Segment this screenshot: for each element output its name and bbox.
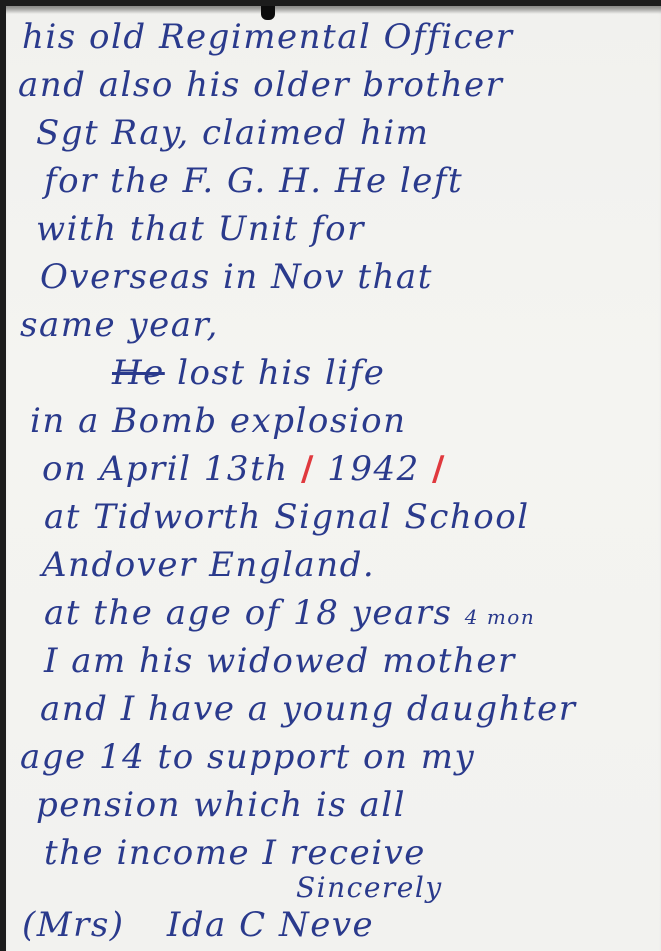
- letter-line-3: Sgt Ray, claimed him: [36, 116, 430, 150]
- signature-name: Ida C Neve: [167, 905, 374, 945]
- letter-line-2: and also his older brother: [18, 68, 503, 102]
- letter-line-daughter: and I have a young daughter: [40, 692, 577, 726]
- signature-line: (Mrs) Ida C Neve: [22, 908, 374, 942]
- letter-line-widowed: I am his widowed mother: [44, 644, 516, 678]
- red-check-mark-2: /: [432, 449, 446, 489]
- page-top-shadow: [6, 6, 661, 14]
- struck-word: He: [112, 353, 165, 393]
- letter-line-income: the income I receive: [44, 836, 426, 870]
- lost-life-text: lost his life: [177, 353, 385, 393]
- closing-sincerely: Sincerely: [296, 874, 443, 902]
- letter-line-age: at the age of 18 years 4 mon: [44, 596, 535, 630]
- letter-line-bomb: in a Bomb explosion: [30, 404, 407, 438]
- letter-line-support: age 14 to support on my: [20, 740, 475, 774]
- letter-line-school: at Tidworth Signal School: [44, 500, 530, 534]
- letter-line-pension: pension which is all: [36, 788, 406, 822]
- letter-line-1: his old Regimental Officer: [22, 20, 514, 54]
- age-months: 4 mon: [465, 605, 535, 629]
- date-year: 1942: [327, 449, 420, 489]
- letter-line-5: with that Unit for: [36, 212, 365, 246]
- letter-line-7: same year,: [20, 308, 219, 342]
- letter-line-date: on April 13th / 1942 /: [42, 452, 446, 486]
- date-prefix: on April 13th: [42, 449, 289, 489]
- letter-page: his old Regimental Officer and also his …: [6, 6, 661, 951]
- letter-line-andover: Andover England.: [42, 548, 375, 582]
- red-check-mark: /: [301, 449, 315, 489]
- letter-line-4: for the F. G. H. He left: [44, 164, 463, 198]
- age-text: at the age of 18 years: [44, 593, 452, 633]
- letter-line-lost-life: He lost his life: [112, 356, 385, 390]
- letter-line-6: Overseas in Nov that: [40, 260, 433, 294]
- signature-prefix: (Mrs): [22, 905, 125, 945]
